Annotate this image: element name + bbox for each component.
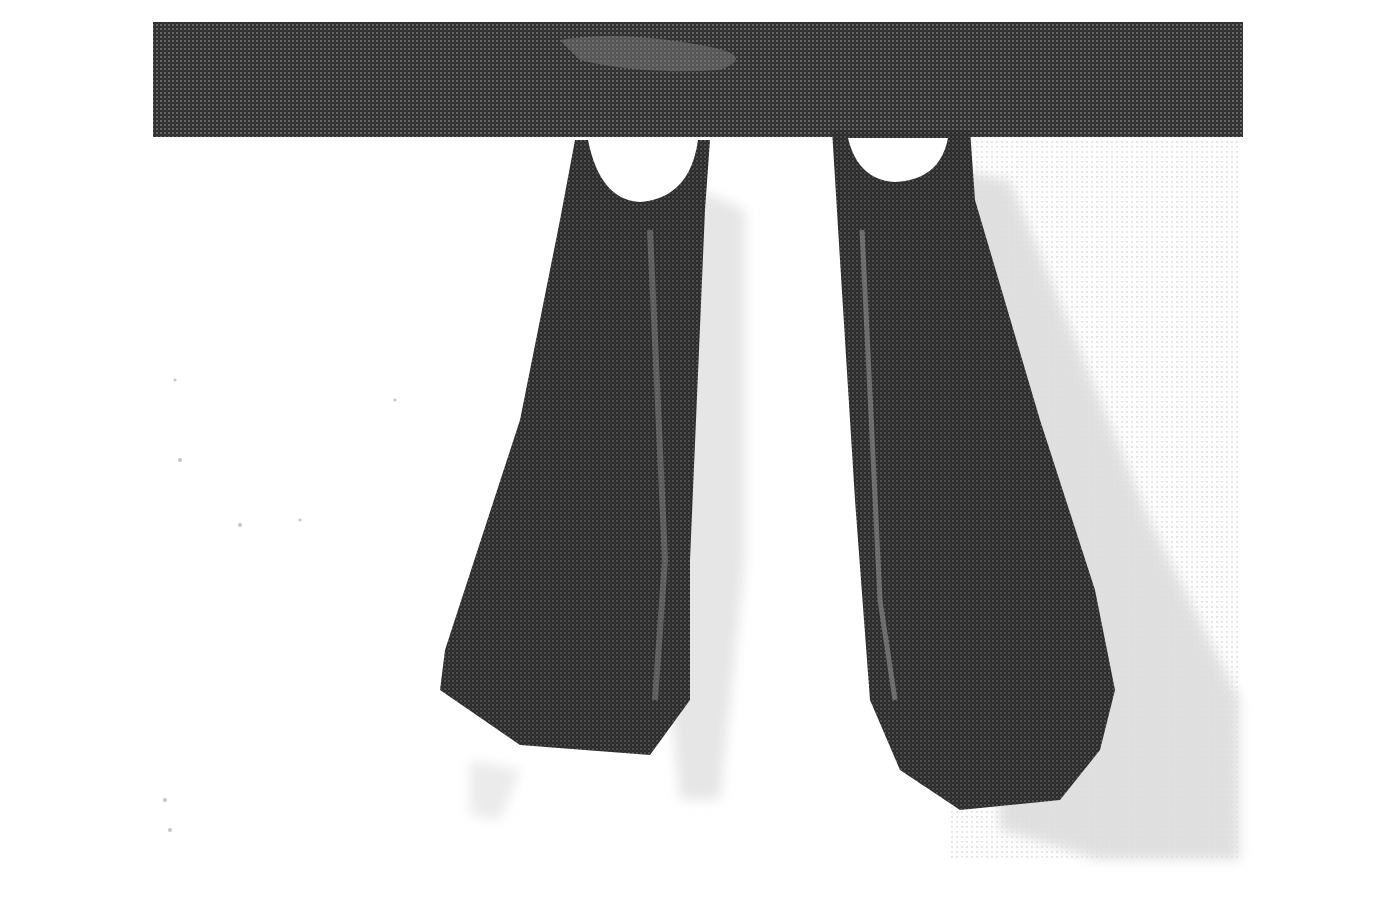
halftone-photograph: [0, 0, 1400, 920]
horizontal-bar: [153, 22, 1243, 137]
